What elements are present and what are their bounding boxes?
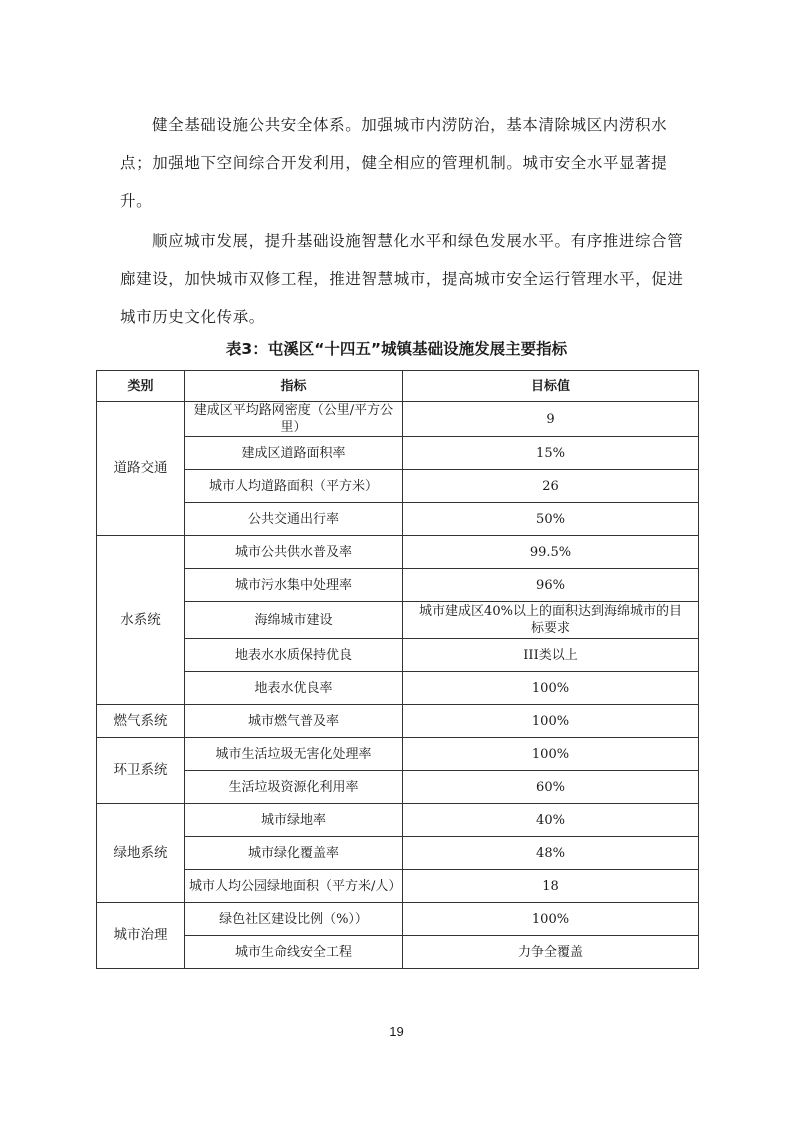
indicator-cell: 城市生命线安全工程	[185, 936, 403, 969]
paragraph-text: 顺应城市发展，提升基础设施智慧化水平和绿色发展水平。有序推进综合管廊建设，加快城…	[120, 232, 684, 326]
paragraph-text: 健全基础设施公共安全体系。加强城市内涝防治，基本清除城区内涝积水点；加强地下空间…	[120, 116, 667, 210]
target-cell: 99.5%	[403, 536, 699, 569]
target-cell: 50%	[403, 503, 699, 536]
table-header-row: 类别 指标 目标值	[97, 371, 699, 402]
header-target: 目标值	[403, 371, 699, 402]
table-row: 绿地系统 城市绿地率 40%	[97, 804, 699, 837]
target-cell: 48%	[403, 837, 699, 870]
table-caption: 表3：屯溪区“十四五”城镇基础设施发展主要指标	[0, 337, 793, 359]
table-row: 生活垃圾资源化利用率 60%	[97, 771, 699, 804]
category-cell: 燃气系统	[97, 705, 185, 738]
indicator-cell: 公共交通出行率	[185, 503, 403, 536]
paragraph-infrastructure-safety: 健全基础设施公共安全体系。加强城市内涝防治，基本清除城区内涝积水点；加强地下空间…	[120, 106, 690, 220]
indicator-cell: 城市人均道路面积（平方米）	[185, 470, 403, 503]
header-category: 类别	[97, 371, 185, 402]
target-cell: 40%	[403, 804, 699, 837]
target-cell: 60%	[403, 771, 699, 804]
indicator-cell: 建成区道路面积率	[185, 437, 403, 470]
indicator-cell: 城市污水集中处理率	[185, 569, 403, 602]
target-cell: 96%	[403, 569, 699, 602]
target-cell: 城市建成区40%以上的面积达到海绵城市的目标要求	[403, 602, 699, 639]
table-row: 城市污水集中处理率 96%	[97, 569, 699, 602]
paragraph-smart-green: 顺应城市发展，提升基础设施智慧化水平和绿色发展水平。有序推进综合管廊建设，加快城…	[120, 222, 690, 336]
table-row: 环卫系统 城市生活垃圾无害化处理率 100%	[97, 738, 699, 771]
indicator-cell: 城市人均公园绿地面积（平方米/人）	[185, 870, 403, 903]
indicator-cell: 地表水水质保持优良	[185, 639, 403, 672]
table-row: 城市绿化覆盖率 48%	[97, 837, 699, 870]
indicator-cell: 城市绿化覆盖率	[185, 837, 403, 870]
page-number: 19	[0, 1024, 793, 1039]
category-cell: 道路交通	[97, 402, 185, 536]
indicator-cell: 城市燃气普及率	[185, 705, 403, 738]
target-cell: 100%	[403, 738, 699, 771]
table-row: 公共交通出行率 50%	[97, 503, 699, 536]
category-cell: 绿地系统	[97, 804, 185, 903]
target-cell: 9	[403, 402, 699, 437]
target-cell: 力争全覆盖	[403, 936, 699, 969]
target-cell: 26	[403, 470, 699, 503]
target-cell: III类以上	[403, 639, 699, 672]
table-row: 城市生命线安全工程 力争全覆盖	[97, 936, 699, 969]
target-cell: 18	[403, 870, 699, 903]
target-cell: 15%	[403, 437, 699, 470]
indicator-cell: 绿色社区建设比例（%））	[185, 903, 403, 936]
table-row: 地表水水质保持优良 III类以上	[97, 639, 699, 672]
category-cell: 水系统	[97, 536, 185, 705]
target-cell: 100%	[403, 705, 699, 738]
category-cell: 城市治理	[97, 903, 185, 969]
indicator-table: 类别 指标 目标值 道路交通 建成区平均路网密度（公里/平方公里） 9 建成区道…	[96, 370, 699, 969]
table-row: 城市人均公园绿地面积（平方米/人） 18	[97, 870, 699, 903]
table-row: 建成区道路面积率 15%	[97, 437, 699, 470]
target-cell: 100%	[403, 903, 699, 936]
indicator-cell: 生活垃圾资源化利用率	[185, 771, 403, 804]
table-row: 城市治理 绿色社区建设比例（%）） 100%	[97, 903, 699, 936]
table-row: 城市人均道路面积（平方米） 26	[97, 470, 699, 503]
indicator-cell: 城市公共供水普及率	[185, 536, 403, 569]
indicator-cell: 海绵城市建设	[185, 602, 403, 639]
target-cell: 100%	[403, 672, 699, 705]
category-cell: 环卫系统	[97, 738, 185, 804]
indicator-cell: 地表水优良率	[185, 672, 403, 705]
table-row: 道路交通 建成区平均路网密度（公里/平方公里） 9	[97, 402, 699, 437]
indicator-cell: 城市绿地率	[185, 804, 403, 837]
indicator-cell: 城市生活垃圾无害化处理率	[185, 738, 403, 771]
table-row: 燃气系统 城市燃气普及率 100%	[97, 705, 699, 738]
indicator-cell: 建成区平均路网密度（公里/平方公里）	[185, 402, 403, 437]
table-row: 水系统 城市公共供水普及率 99.5%	[97, 536, 699, 569]
table-row: 地表水优良率 100%	[97, 672, 699, 705]
header-indicator: 指标	[185, 371, 403, 402]
table-row: 海绵城市建设 城市建成区40%以上的面积达到海绵城市的目标要求	[97, 602, 699, 639]
